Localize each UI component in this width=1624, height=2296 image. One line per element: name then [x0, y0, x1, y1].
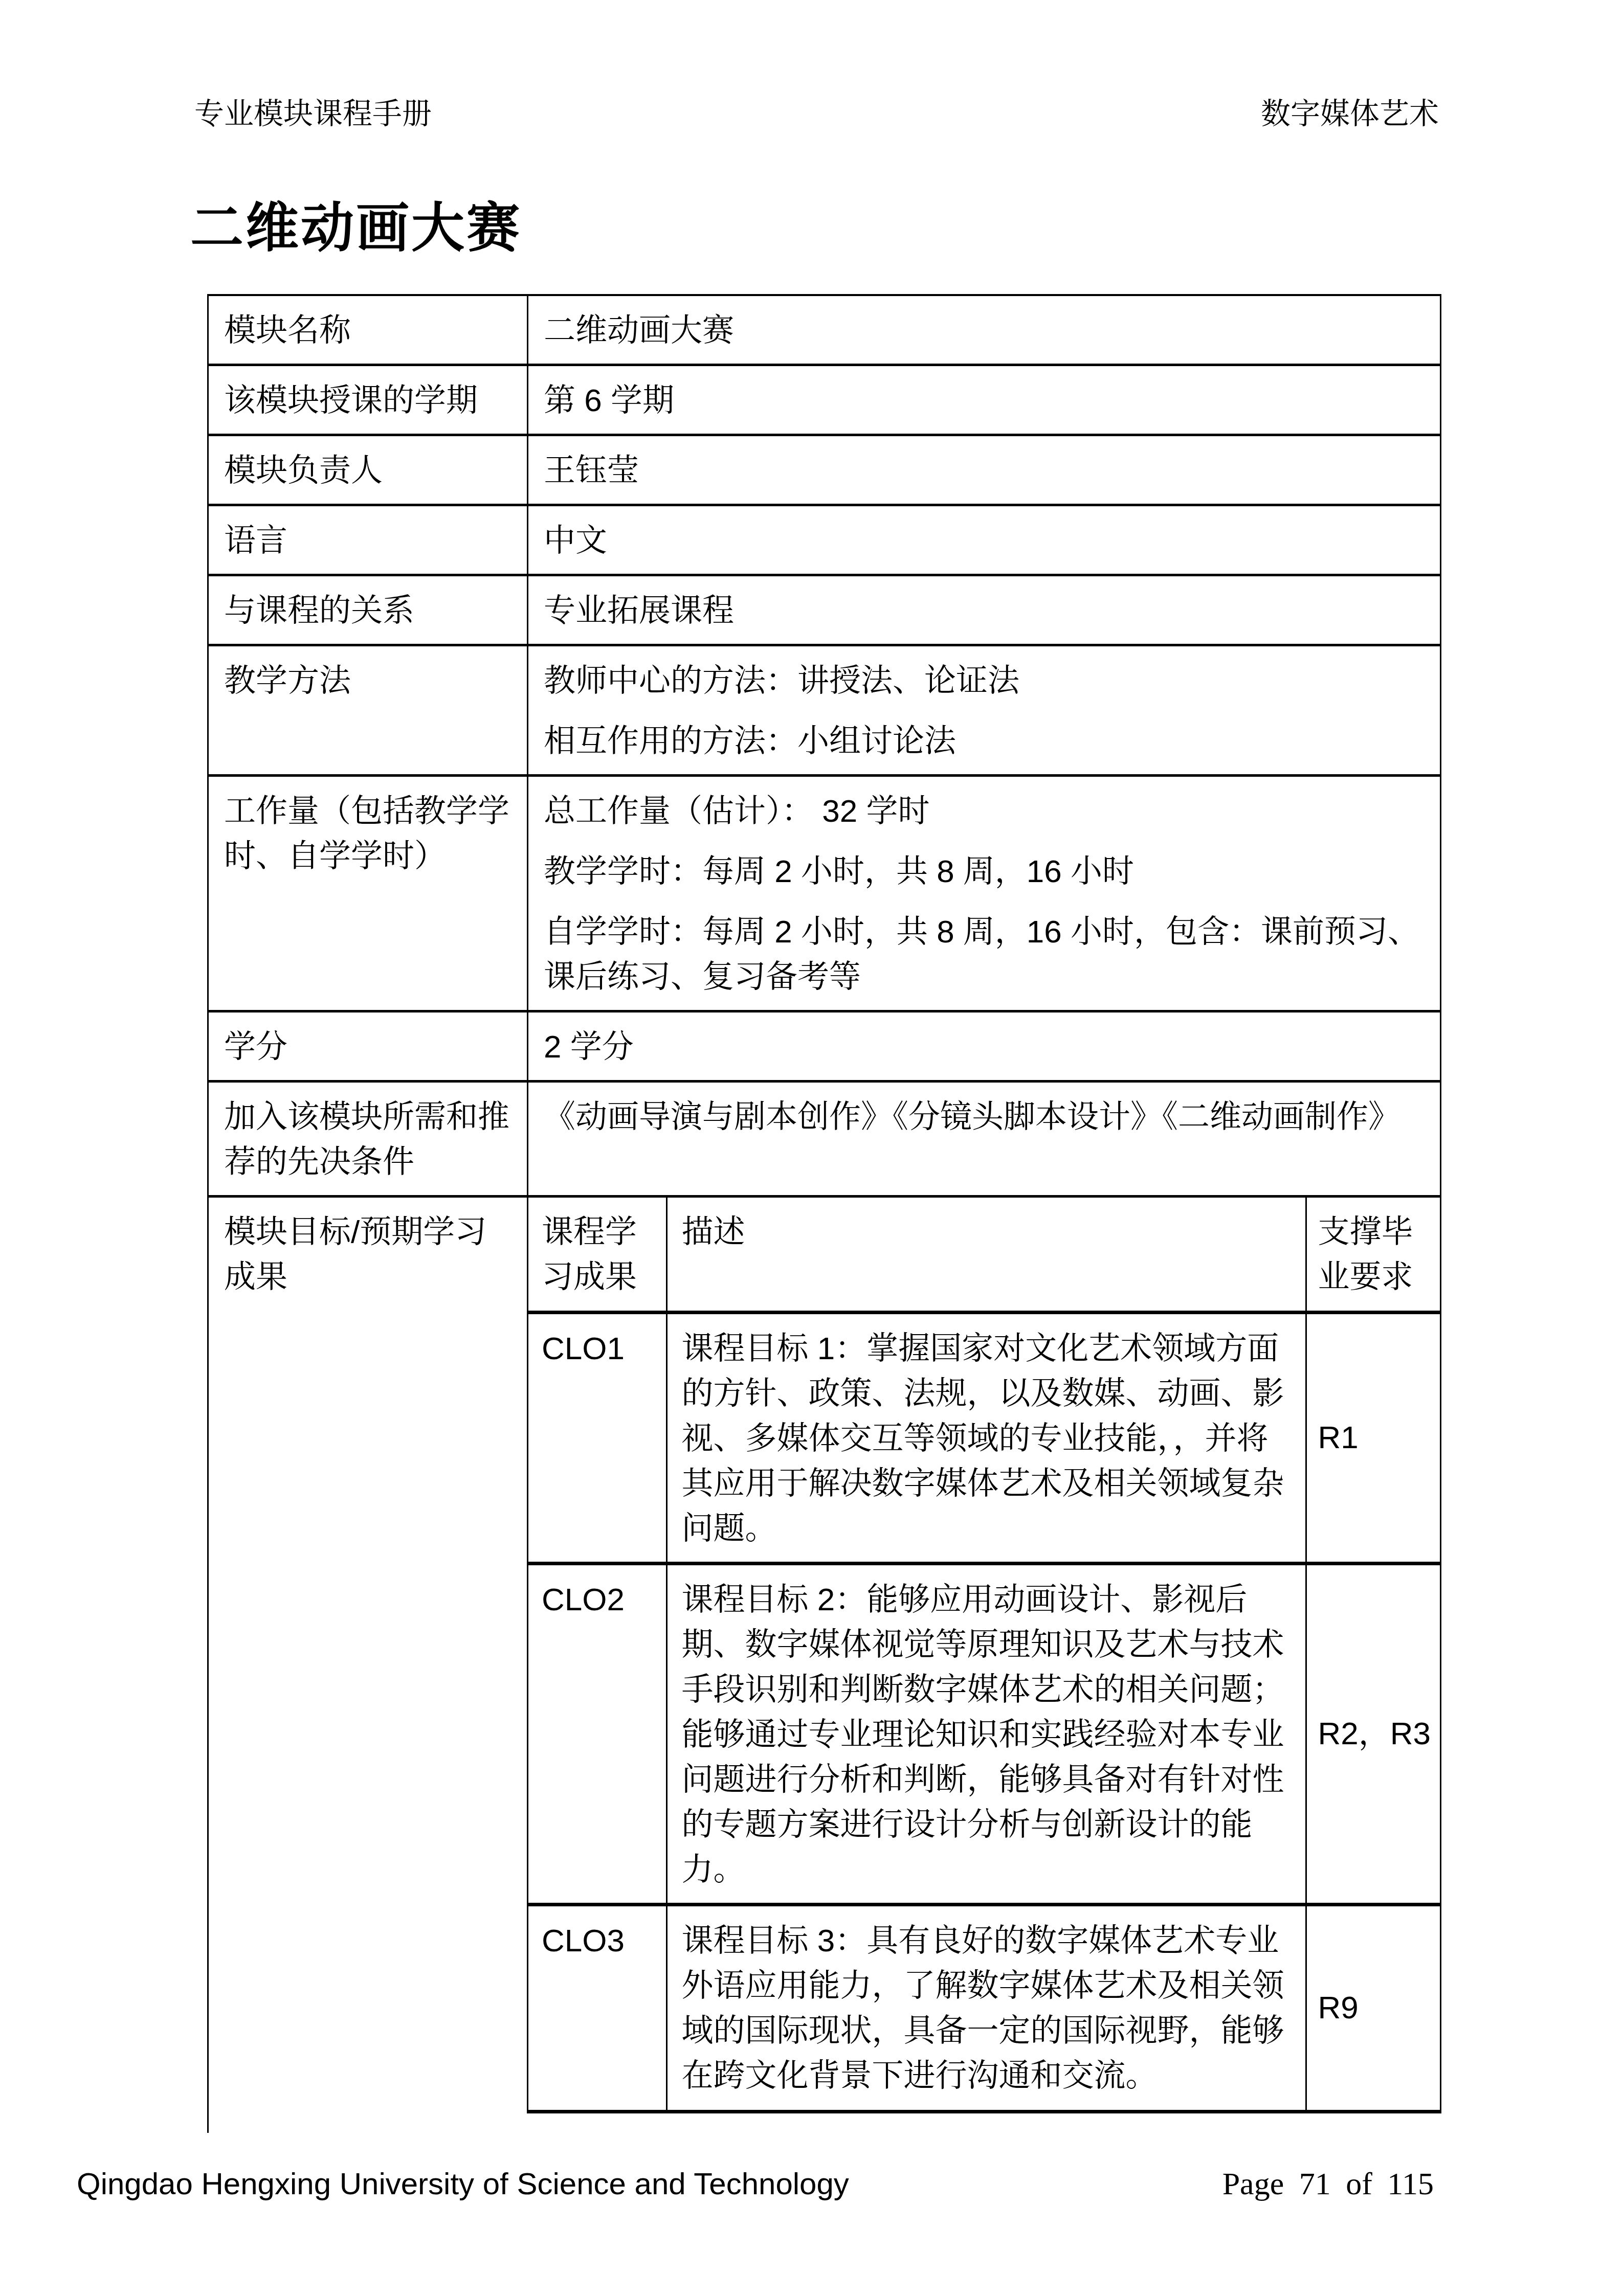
row-label: 与课程的关系: [208, 575, 528, 645]
table-row-module-name: 模块名称 二维动画大赛: [208, 295, 1441, 365]
page-footer: Qingdao Hengxing University of Science a…: [77, 2166, 1434, 2202]
table-row-workload: 工作量（包括教学学时、自学学时） 总工作量（估计）： 32 学时 教学学时：每周…: [208, 776, 1441, 1011]
value-paragraph: 教师中心的方法：讲授法、论证法: [544, 659, 1427, 704]
row-value: 二维动画大赛: [528, 295, 1441, 365]
outcomes-row-clo1: CLO1 课程目标 1：掌握国家对文化艺术领域方面的方针、政策、法规，以及数媒、…: [528, 1312, 1441, 1563]
value-paragraph: 中文: [544, 519, 1427, 564]
module-table: 模块名称 二维动画大赛 该模块授课的学期 第 6 学期 模块负责人 王钰莹 语言…: [207, 294, 1441, 2113]
table-row-course-relation: 与课程的关系 专业拓展课程: [208, 575, 1441, 645]
value-paragraph: 相互作用的方法：小组讨论法: [544, 719, 1427, 764]
row-label: 模块名称: [208, 295, 528, 365]
clo-description: 课程目标 3：具有良好的数字媒体艺术专业外语应用能力，了解数字媒体艺术及相关领域…: [666, 1904, 1306, 2111]
row-value: 总工作量（估计）： 32 学时 教学学时：每周 2 小时，共 8 周，16 小时…: [528, 776, 1441, 1011]
table-row-teaching-methods: 教学方法 教师中心的方法：讲授法、论证法 相互作用的方法：小组讨论法: [208, 645, 1441, 776]
value-paragraph: 教学学时：每周 2 小时，共 8 周，16 小时: [544, 849, 1427, 894]
row-label: 模块负责人: [208, 435, 528, 505]
row-label: 加入该模块所需和推荐的先决条件: [208, 1082, 528, 1197]
document-page: 专业模块课程手册 数字媒体艺术 二维动画大赛 模块名称 二维动画大赛 该模块授课…: [0, 0, 1624, 2296]
row-value: 《动画导演与剧本创作》《分镜头脚本设计》《二维动画制作》: [528, 1082, 1441, 1197]
value-paragraph: 王钰莹: [544, 448, 1427, 493]
value-paragraph: 二维动画大赛: [544, 308, 1427, 353]
clo-description: 课程目标 2：能够应用动画设计、影视后期、数字媒体视觉等原理知识及艺术与技术手段…: [666, 1563, 1306, 1904]
table-row-language: 语言 中文: [208, 505, 1441, 575]
footer-university-name: Qingdao Hengxing University of Science a…: [77, 2166, 849, 2201]
table-row-semester: 该模块授课的学期 第 6 学期: [208, 365, 1441, 435]
outcomes-header-row: 课程学习成果 描述 支撑毕业要求: [528, 1198, 1441, 1312]
clo-id: CLO2: [528, 1563, 666, 1904]
row-value: 第 6 学期: [528, 365, 1441, 435]
clo-description: 课程目标 1：掌握国家对文化艺术领域方面的方针、政策、法规，以及数媒、动画、影视…: [666, 1312, 1306, 1563]
outcomes-row-clo3: CLO3 课程目标 3：具有良好的数字媒体艺术专业外语应用能力，了解数字媒体艺术…: [528, 1904, 1441, 2111]
row-value: 中文: [528, 505, 1441, 575]
outcomes-row-clo2: CLO2 课程目标 2：能够应用动画设计、影视后期、数字媒体视觉等原理知识及艺术…: [528, 1563, 1441, 1904]
table-row-outcomes: 模块目标/预期学习成果 课程学习成果 描述 支撑毕业要求: [208, 1197, 1441, 2113]
module-table-wrapper: 模块名称 二维动画大赛 该模块授课的学期 第 6 学期 模块负责人 王钰莹 语言…: [207, 294, 1440, 2113]
outcomes-nested-cell: 课程学习成果 描述 支撑毕业要求 CLO1 课程目标 1：掌握国家对文化艺术领域…: [528, 1197, 1441, 2113]
row-value: 专业拓展课程: [528, 575, 1441, 645]
row-value: 2 学分: [528, 1011, 1441, 1082]
clo-requirement: R2，R3: [1306, 1563, 1441, 1904]
footer-page-number: Page 71 of 115: [1222, 2166, 1434, 2202]
row-label: 模块目标/预期学习成果: [208, 1197, 528, 2113]
clo-requirement: R9: [1306, 1904, 1441, 2111]
page-header: 专业模块课程手册 数字媒体艺术: [194, 96, 1439, 132]
clo-requirement: R1: [1306, 1312, 1441, 1563]
row-value: 王钰莹: [528, 435, 1441, 505]
table-row-module-leader: 模块负责人 王钰莹: [208, 435, 1441, 505]
row-label: 该模块授课的学期: [208, 365, 528, 435]
table-continuation-border: [207, 2113, 209, 2133]
value-paragraph: 专业拓展课程: [544, 589, 1427, 634]
outcomes-header-desc: 描述: [666, 1198, 1306, 1312]
value-paragraph: 第 6 学期: [544, 378, 1427, 423]
header-right-text: 数字媒体艺术: [1261, 96, 1439, 132]
clo-id: CLO3: [528, 1904, 666, 2111]
outcomes-table: 课程学习成果 描述 支撑毕业要求 CLO1 课程目标 1：掌握国家对文化艺术领域…: [528, 1198, 1441, 2113]
header-left-text: 专业模块课程手册: [194, 96, 432, 132]
value-paragraph: 2 学分: [544, 1025, 1427, 1070]
row-label: 学分: [208, 1011, 528, 1082]
row-label: 语言: [208, 505, 528, 575]
row-label: 工作量（包括教学学时、自学学时）: [208, 776, 528, 1011]
value-paragraph: 自学学时：每周 2 小时，共 8 周，16 小时，包含：课前预习、课后练习、复习…: [544, 910, 1427, 1000]
page-title: 二维动画大赛: [190, 185, 522, 262]
row-value: 教师中心的方法：讲授法、论证法 相互作用的方法：小组讨论法: [528, 645, 1441, 776]
value-paragraph: 总工作量（估计）： 32 学时: [544, 789, 1427, 834]
table-row-prerequisites: 加入该模块所需和推荐的先决条件 《动画导演与剧本创作》《分镜头脚本设计》《二维动…: [208, 1082, 1441, 1197]
outcomes-header-req: 支撑毕业要求: [1306, 1198, 1441, 1312]
value-paragraph: 《动画导演与剧本创作》《分镜头脚本设计》《二维动画制作》: [544, 1095, 1427, 1140]
table-row-credits: 学分 2 学分: [208, 1011, 1441, 1082]
row-label: 教学方法: [208, 645, 528, 776]
clo-id: CLO1: [528, 1312, 666, 1563]
outcomes-header-clo: 课程学习成果: [528, 1198, 666, 1312]
